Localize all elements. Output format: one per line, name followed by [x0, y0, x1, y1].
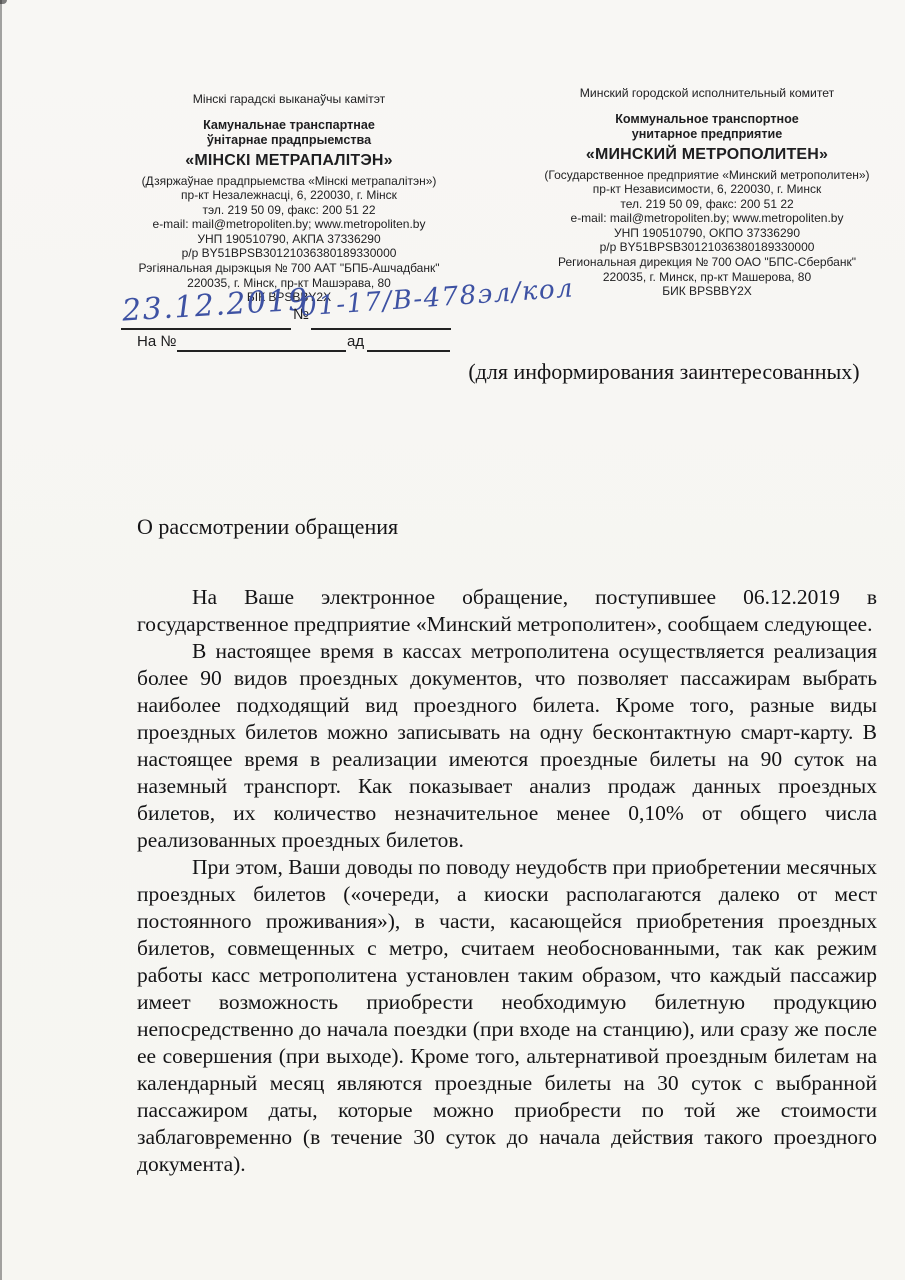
letterhead-bank: Рэгіянальная дырэкцыя № 700 ААТ "БПБ-Ашч…	[103, 261, 475, 276]
reply-number-underline	[177, 350, 346, 352]
body-paragraph-2: В настоящее время в кассах метрополитена…	[137, 638, 877, 854]
letterhead-committee: Мінскі гарадскі выканаўчы камітэт	[103, 92, 475, 107]
scanned-letter-page: Мінскі гарадскі выканаўчы камітэт Камуна…	[0, 0, 905, 1280]
letterhead-registration: УНП 190510790, ОКПО 37336290	[513, 226, 901, 241]
letterhead-org-line: унитарное предприятие	[513, 127, 901, 142]
reply-to-label: На №	[137, 333, 176, 350]
letterhead-russian: Минский городской исполнительный комитет…	[513, 86, 901, 299]
reply-date-label: ад	[347, 333, 364, 350]
letterhead-bank: Региональная дирекция № 700 ОАО "БПС-Сбе…	[513, 255, 901, 270]
letterhead-detail: (Государственное предприятие «Минский ме…	[513, 168, 901, 183]
scan-edge-artifact	[0, 0, 2, 1280]
letterhead-committee: Минский городской исполнительный комитет	[513, 86, 901, 101]
body-paragraph-1: На Ваше электронное обращение, поступивш…	[137, 584, 877, 638]
letterhead-company-name: «МІНСКІ МЕТРАПАЛІТЭН»	[103, 151, 475, 170]
letterhead-account: р/р BY51BPSB30121036380189330000	[103, 246, 475, 261]
reply-date-underline	[367, 350, 450, 352]
letterhead-address: пр-кт Незалежнасці, 6, 220030, г. Мінск	[103, 188, 475, 203]
recipient-note: (для информирования заинтересованных)	[446, 359, 882, 385]
body-paragraph-3: При этом, Ваши доводы по поводу неудобст…	[137, 854, 877, 1178]
subject-line: О рассмотрении обращения	[137, 514, 398, 540]
letterhead-address: пр-кт Независимости, 6, 220030, г. Минск	[513, 182, 901, 197]
letterhead-belarusian: Мінскі гарадскі выканаўчы камітэт Камуна…	[103, 92, 475, 305]
letterhead-org-line: Камунальнае транспартнае	[103, 118, 475, 133]
letterhead-registration: УНП 190510790, АКПА 37336290	[103, 232, 475, 247]
letterhead-org-line: ўнітарнае прадпрыемства	[103, 133, 475, 148]
letterhead-phone: тел. 219 50 09, факс: 200 51 22	[513, 197, 901, 212]
letterhead-org-line: Коммунальное транспортное	[513, 112, 901, 127]
scan-corner-artifact	[0, 0, 7, 4]
date-underline	[121, 328, 291, 330]
letter-body: На Ваше электронное обращение, поступивш…	[137, 584, 877, 1178]
letterhead-email: e-mail: mail@metropoliten.by; www.metrop…	[103, 217, 475, 232]
letterhead-email: e-mail: mail@metropoliten.by; www.metrop…	[513, 211, 901, 226]
letterhead-company-name: «МИНСКИЙ МЕТРОПОЛИТЕН»	[513, 145, 901, 164]
letterhead-detail: (Дзяржаўнае прадпрыемства «Мінскі метрап…	[103, 174, 475, 189]
letterhead-phone: тэл. 219 50 09, факс: 200 51 22	[103, 203, 475, 218]
letterhead-account: р/р BY51BPSB30121036380189330000	[513, 240, 901, 255]
number-underline	[311, 328, 451, 330]
